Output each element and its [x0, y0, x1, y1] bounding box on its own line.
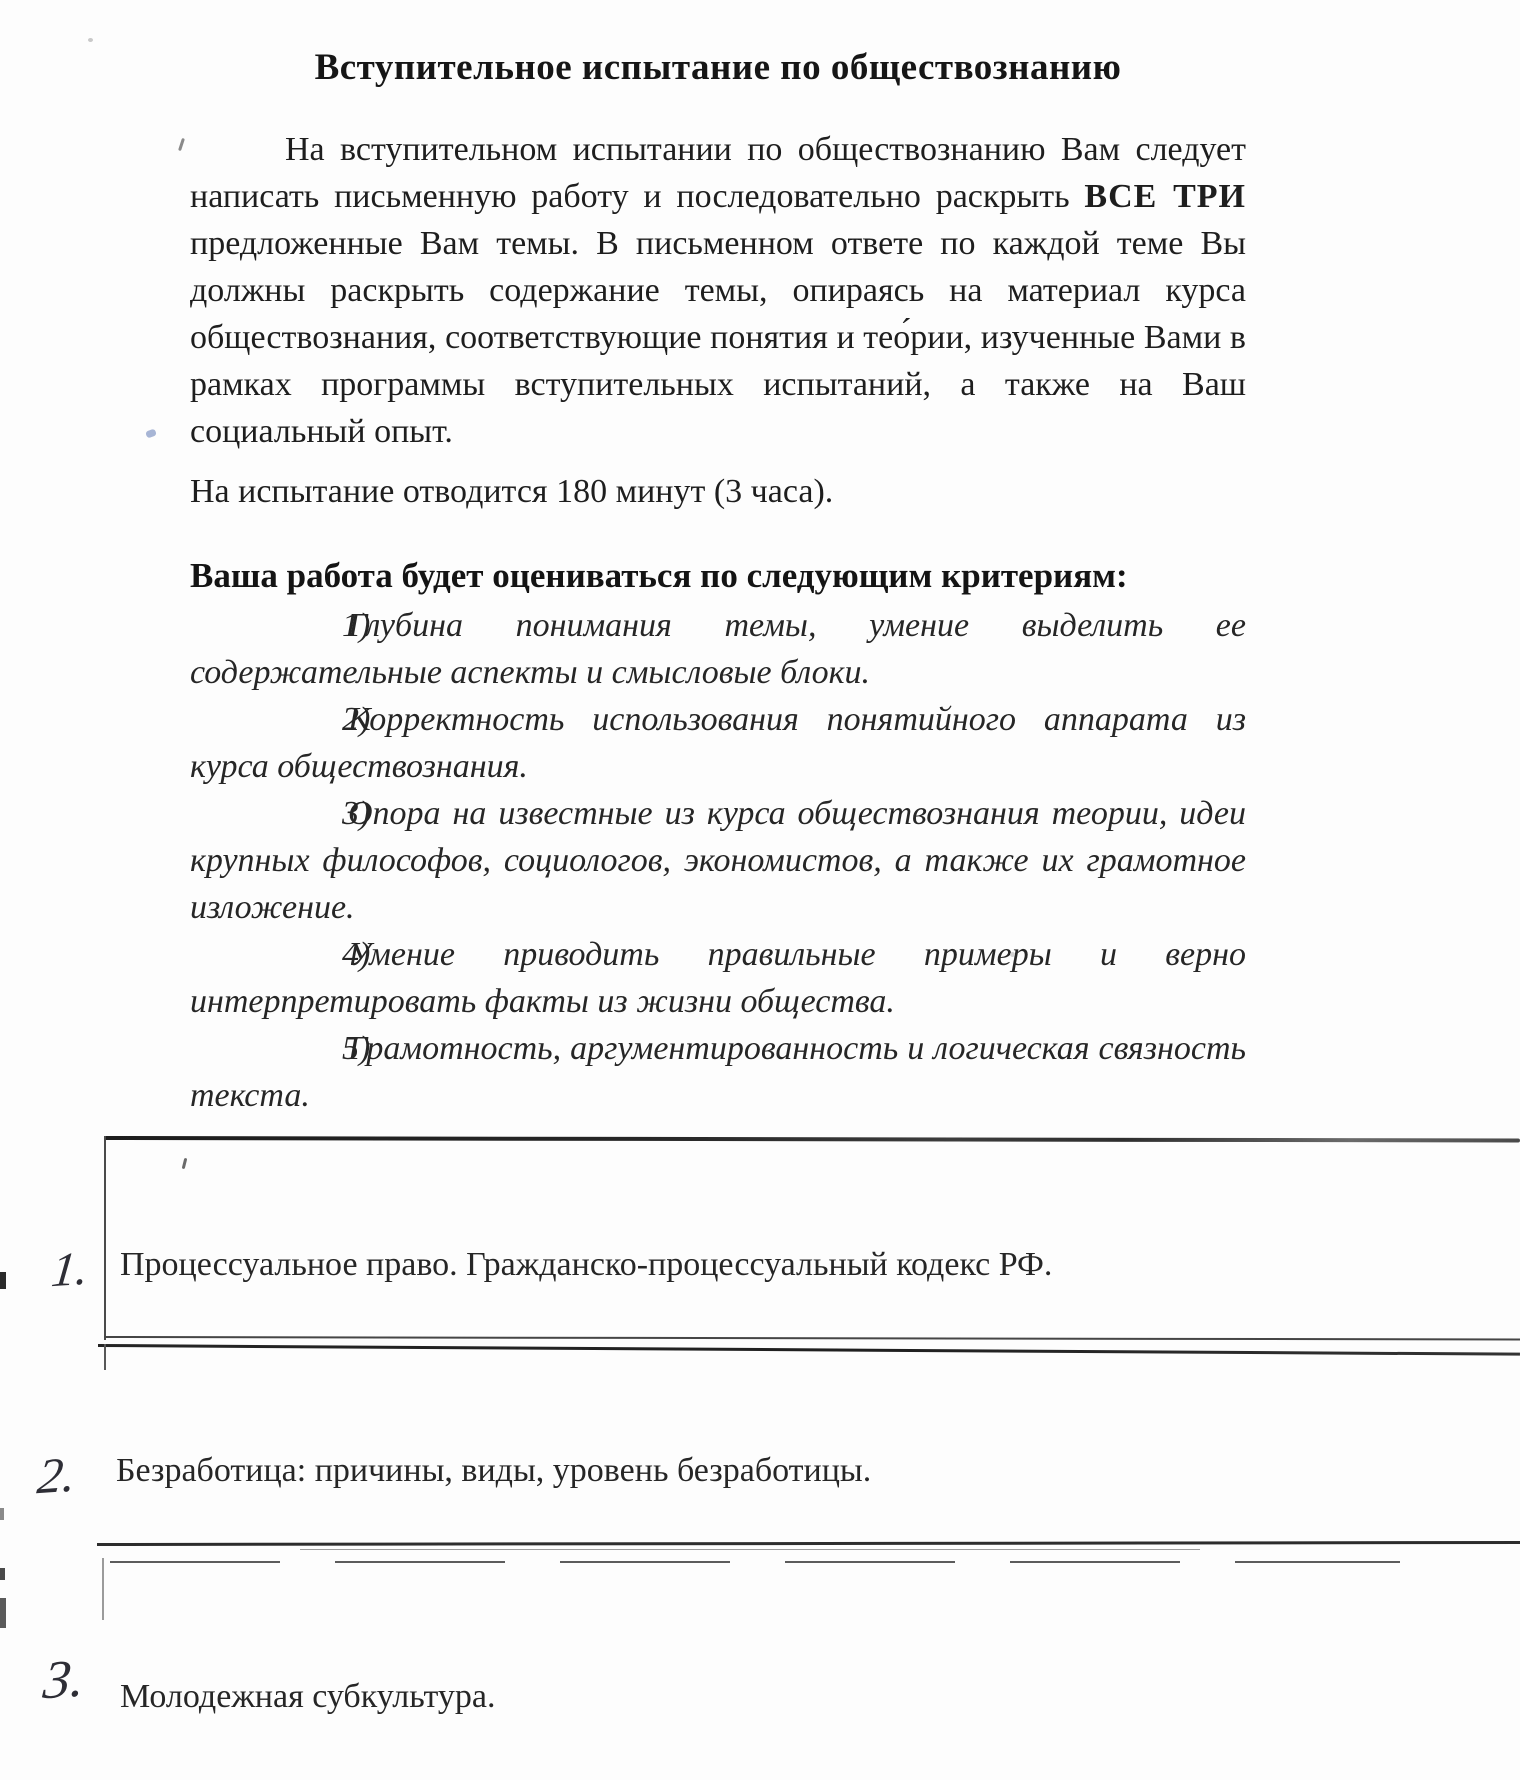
criteria-item-1-number: 1) [266, 602, 348, 649]
criteria-list: 1)Глубина понимания темы, умение выделит… [190, 602, 1246, 1119]
topic-box-2-left-rule [104, 1344, 106, 1370]
intro-paragraph: На вступительном испытании по обществозн… [190, 126, 1246, 455]
criteria-item-1-text: Глубина понимания темы, умение выделить … [190, 607, 1246, 691]
criteria-heading: Ваша работа будет оцениваться по следующ… [190, 556, 1246, 596]
criteria-item-3: 3)Опора на известные из курса обществозн… [190, 790, 1246, 931]
topic-box-3-left-rule [102, 1558, 104, 1620]
topic-box-3-top-rule [110, 1561, 1400, 1563]
topic-box-1-top-rule [104, 1136, 1520, 1142]
scan-speck [182, 1158, 188, 1169]
handwritten-number-3: 3. [41, 1647, 88, 1712]
criteria-item-3-number: 3) [266, 790, 348, 837]
scan-speck [178, 138, 185, 151]
criteria-item-4: 4)Умение приводить правильные примеры и … [190, 931, 1246, 1025]
criteria-item-5-number: 5) [266, 1025, 348, 1072]
duration-line: На испытание отводится 180 минут (3 часа… [190, 470, 1246, 514]
intro-text-after: предложенные Вам темы. В письменном отве… [190, 225, 1246, 450]
scan-edge-mark [0, 1568, 5, 1580]
scan-edge-mark [0, 1272, 6, 1289]
topic-2-text: Безработица: причины, виды, уровень безр… [116, 1452, 871, 1490]
criteria-item-4-text: Умение приводить правильные примеры и ве… [190, 936, 1246, 1020]
topic-box-2-bottom-rule-echo [300, 1549, 1200, 1550]
criteria-item-2-number: 2) [266, 696, 348, 743]
criteria-item-4-number: 4) [266, 931, 348, 978]
topic-1-text: Процессуальное право. Гражданско-процесс… [120, 1246, 1052, 1284]
criteria-item-1: 1)Глубина понимания темы, умение выделит… [190, 602, 1246, 696]
intro-bold-all-three: ВСЕ ТРИ [1084, 178, 1246, 215]
scan-speck [88, 38, 93, 42]
scan-speck-blue [145, 429, 157, 439]
criteria-item-3-text: Опора на известные из курса обществознан… [190, 795, 1246, 926]
topic-box-1-left-rule [104, 1136, 106, 1340]
topic-box-2-top-rule [98, 1344, 1520, 1356]
scan-speck [1010, 952, 1015, 957]
topic-3-text: Молодежная субкультура. [120, 1678, 495, 1716]
topic-box-2-bottom-rule [97, 1541, 1520, 1546]
scan-edge-mark [0, 1508, 4, 1520]
handwritten-number-2: 2. [35, 1445, 79, 1505]
criteria-item-5: 5)Грамотность, аргументированность и лог… [190, 1025, 1246, 1119]
page-title: Вступительное испытание по обществознани… [190, 46, 1246, 89]
handwritten-number-1: 1. [49, 1241, 91, 1298]
criteria-item-5-text: Грамотность, аргументированность и логич… [190, 1030, 1246, 1114]
topic-box-1-bottom-rule [104, 1336, 1520, 1340]
scanned-exam-page: Вступительное испытание по обществознани… [0, 0, 1520, 1780]
criteria-item-2-text: Корректность использования понятийного а… [190, 701, 1246, 785]
criteria-item-2: 2)Корректность использования понятийного… [190, 696, 1246, 790]
scan-edge-mark [0, 1598, 6, 1628]
